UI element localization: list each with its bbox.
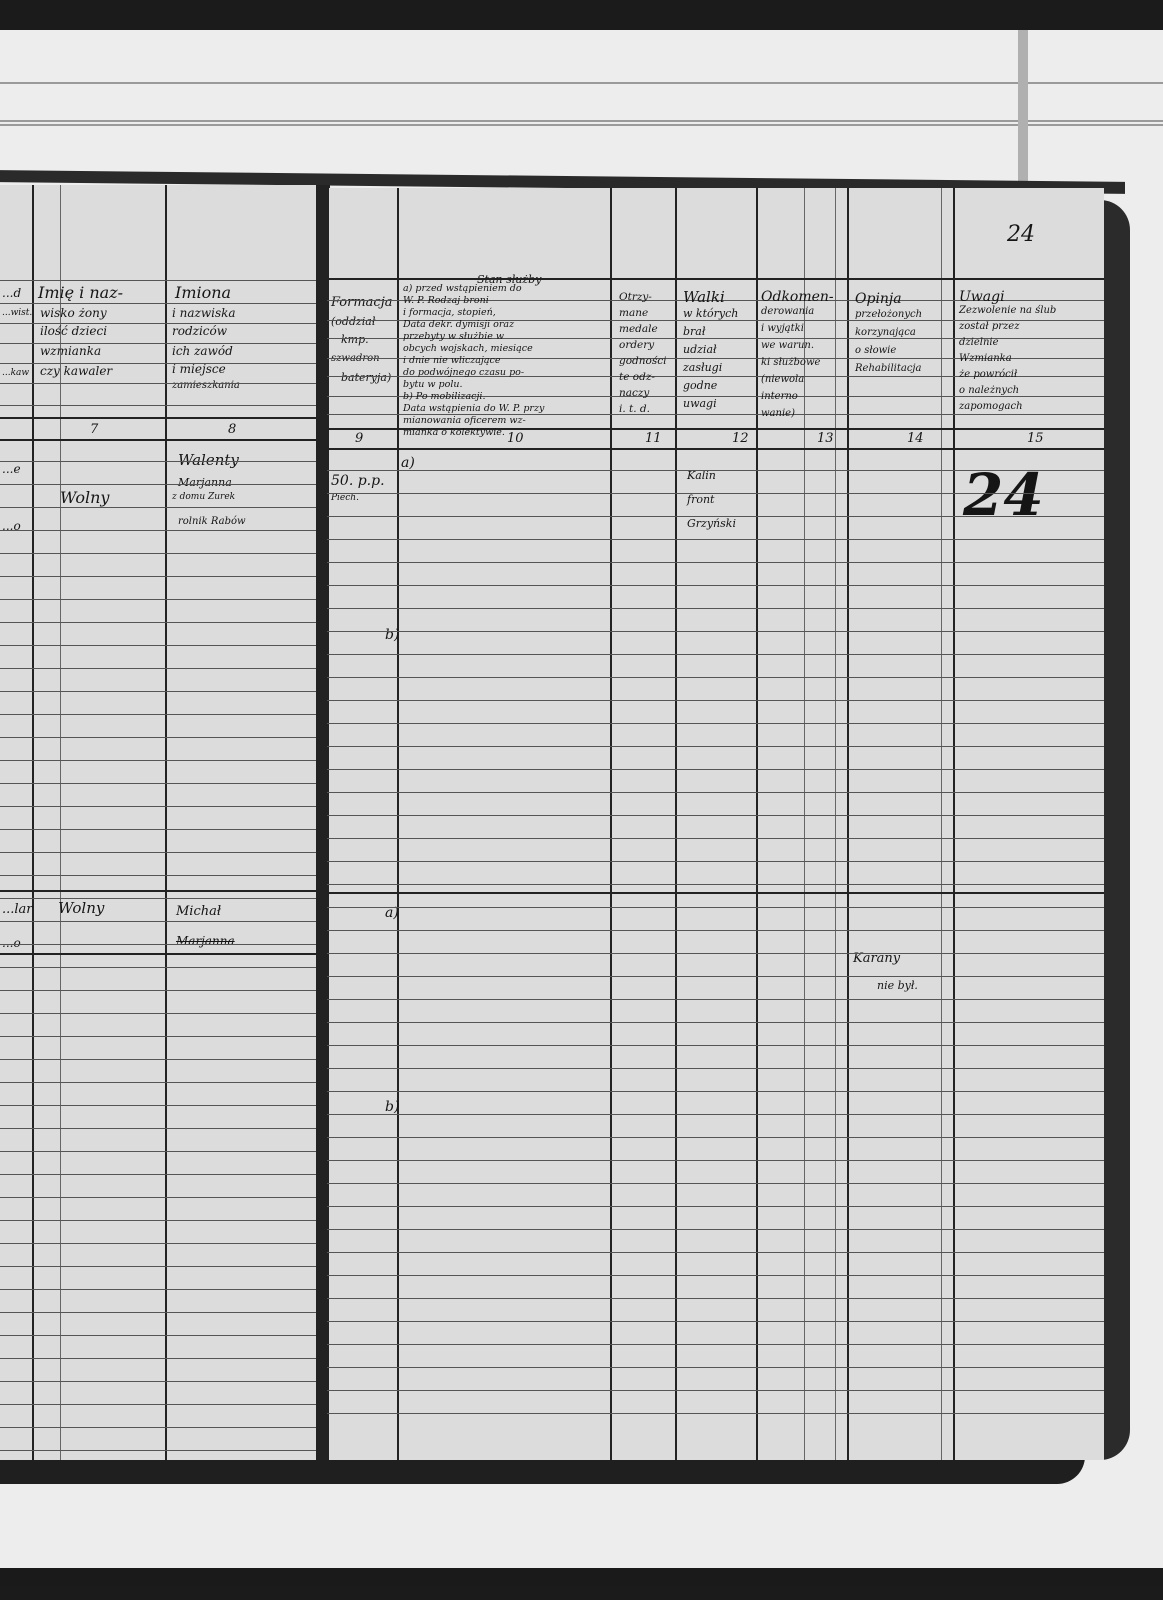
ruled-line — [0, 852, 318, 853]
ruled-line — [0, 383, 318, 384]
ruled-line — [327, 493, 1104, 494]
ruled-line — [0, 599, 318, 600]
ruled-line — [327, 953, 1104, 954]
ruled-line — [327, 1091, 1104, 1092]
col11-header-line: Otrzy- — [619, 292, 652, 303]
col11-header-line: godności — [619, 356, 666, 367]
ruled-line — [0, 576, 318, 577]
ruled-line — [0, 760, 318, 761]
ruled-line — [0, 1082, 318, 1083]
ruled-line — [0, 967, 318, 968]
ruled-line — [327, 1275, 1104, 1276]
column-number-14: 14 — [907, 432, 924, 445]
col15-header-line: Uwagi — [959, 290, 1005, 304]
ruled-line — [0, 898, 318, 899]
ruled-line — [327, 1206, 1104, 1207]
ruled-line — [0, 417, 318, 419]
ruled-line — [327, 677, 1104, 678]
column-divider — [953, 188, 955, 1460]
col11-header-line: te odz- — [619, 372, 655, 383]
col7-header-line: Imię i naz- — [38, 285, 123, 301]
column-number-9: 9 — [355, 432, 363, 445]
entry1-mother-name: Marjanna — [178, 477, 232, 488]
col12-header-line: brał — [683, 326, 705, 337]
column-divider — [32, 185, 34, 1460]
ruled-line — [327, 1252, 1104, 1253]
ruled-line — [0, 1105, 318, 1106]
ruled-line — [0, 953, 318, 955]
col10-header-line: b) Po mobilizacji. — [403, 392, 485, 402]
column-number-13: 13 — [817, 432, 834, 445]
ruled-line — [327, 608, 1104, 609]
ruled-line — [327, 654, 1104, 655]
col15-header-line: zapomogach — [959, 402, 1023, 412]
col12-header-line: Walki — [683, 290, 725, 305]
ruled-line — [0, 668, 318, 669]
col7-header-line: wzmianka — [40, 345, 101, 357]
entry1-battles-line: Grzyński — [687, 518, 736, 529]
ruled-line — [0, 1335, 318, 1336]
col6-partial-entry: ...lar — [2, 903, 33, 916]
col10-header-line: obcych wojskach, miesiące — [403, 344, 533, 354]
col6-partial-header: ...kaw — [2, 369, 29, 378]
column-number-10: 10 — [507, 432, 524, 445]
ruled-line — [327, 1045, 1104, 1046]
ruled-line — [0, 875, 318, 876]
column-divider — [847, 188, 849, 1460]
background-rule — [0, 120, 1163, 122]
col10-header-line: mianowania oficerem wz- — [403, 416, 526, 426]
column-number-12: 12 — [732, 432, 749, 445]
col8-header-line: i miejsce — [172, 363, 226, 375]
ruled-line — [0, 323, 318, 324]
ruled-line — [327, 1367, 1104, 1368]
ruled-line — [0, 944, 318, 945]
col15-header-line: został przez — [959, 322, 1019, 332]
col9-header-line: (oddział — [331, 316, 375, 327]
ruled-line — [0, 530, 318, 531]
col6-partial-header: ...d — [2, 287, 21, 299]
entry2-father-name: Michał — [176, 905, 221, 918]
ruled-line — [0, 691, 318, 692]
col8-header-line: rodziców — [172, 325, 227, 337]
ruled-line — [327, 1298, 1104, 1299]
ruled-line — [0, 1358, 318, 1359]
ruled-line — [0, 303, 318, 304]
col14-header-line: przełożonych — [855, 310, 922, 320]
ruled-line — [0, 1059, 318, 1060]
col13-header-line: wanie) — [761, 409, 795, 419]
col10-header-line: do podwójnego czasu po- — [403, 368, 524, 378]
ruled-line — [327, 815, 1104, 816]
col12-header-line: w których — [683, 308, 738, 319]
ruled-line — [327, 1022, 1104, 1023]
ruled-line — [0, 1128, 318, 1129]
col10-header-line: Data wstąpienia do W. P. przy — [403, 404, 544, 414]
col13-header-line: Odkomen- — [761, 290, 834, 304]
ruled-line — [0, 806, 318, 807]
ruled-line — [327, 1344, 1104, 1345]
ruled-line — [0, 1427, 318, 1428]
col13-header-line: (niewola — [761, 375, 804, 385]
column-divider — [397, 188, 399, 1460]
ruled-line — [327, 700, 1104, 701]
ruled-line — [0, 714, 318, 715]
ruled-line — [327, 516, 1104, 517]
col7-header-line: wisko żony — [40, 307, 107, 319]
col14-header-line: Rehabilitacja — [855, 364, 922, 374]
ruled-line — [327, 930, 1104, 931]
ruled-line — [327, 769, 1104, 770]
ruled-line — [0, 1036, 318, 1037]
ruled-line — [327, 1160, 1104, 1161]
col7-header-line: czy kawaler — [40, 365, 112, 377]
col7-header-line: ilość dzieci — [40, 325, 107, 337]
ruled-line — [0, 1220, 318, 1221]
column-number-15: 15 — [1027, 432, 1044, 445]
col9-header-line: kmp. — [341, 334, 369, 345]
ruled-line — [0, 1381, 318, 1382]
col12-header-line: uwagi — [683, 398, 717, 409]
column-number-11: 11 — [645, 432, 662, 445]
col9-header-line: bateryja) — [341, 372, 391, 383]
col8-header-line: Imiona — [175, 285, 231, 301]
ruled-line — [0, 737, 318, 738]
entry2-marital-status: Wolny — [58, 901, 104, 916]
ruled-line — [0, 439, 318, 441]
col13-header-line: derowania — [761, 307, 814, 317]
column-divider — [610, 188, 612, 1460]
column-divider — [675, 188, 677, 1460]
ruled-line — [0, 1013, 318, 1014]
ruled-line — [0, 343, 318, 344]
ruled-line — [0, 1404, 318, 1405]
page-number: 24 — [1007, 224, 1035, 246]
col15-header-line: że powrócił — [959, 370, 1017, 380]
ruled-line — [327, 861, 1104, 862]
col15-header-line: o należnych — [959, 386, 1019, 396]
col13-header-line: i wyjątki — [761, 324, 804, 334]
ruled-line — [0, 1174, 318, 1175]
ruled-line — [327, 1068, 1104, 1069]
ruled-line — [0, 890, 318, 892]
entry1-marital-status: Wolny — [60, 490, 109, 506]
ruled-line — [327, 1114, 1104, 1115]
ruled-line — [0, 921, 318, 922]
ruled-line — [327, 1137, 1104, 1138]
col15-header-line: dzielnie — [959, 338, 999, 348]
entry2-service-mark-a: a) — [385, 906, 399, 920]
col8-header-line: i nazwiska — [172, 307, 236, 319]
ruled-line — [327, 792, 1104, 793]
ruled-line — [327, 470, 1104, 471]
ruled-line — [327, 1183, 1104, 1184]
entry1-formation: 50. p.p. — [331, 474, 385, 488]
ruled-line — [0, 1197, 318, 1198]
right-page: 24 Formacja (oddział kmp. szwadron bater… — [327, 188, 1104, 1460]
col6-partial-header: ...wist. — [2, 309, 32, 318]
ruled-line — [327, 539, 1104, 540]
background-fold — [1018, 30, 1028, 195]
entry1-battles-line: Kalin — [687, 470, 716, 481]
col10-header-line: i dnie nie wliczające — [403, 356, 501, 366]
entry1-battles-line: front — [687, 494, 714, 505]
book-bottom-shadow — [0, 1456, 1085, 1484]
column-subdivider — [835, 188, 836, 1460]
col15-header-line: Wzmianka — [959, 354, 1012, 364]
entry2-mother-name: Marjanna — [176, 935, 235, 947]
ruled-line — [0, 484, 318, 485]
ruled-line — [327, 976, 1104, 977]
column-divider — [165, 185, 167, 1460]
ruled-line — [327, 838, 1104, 839]
col6-partial-entry: ...o — [2, 937, 21, 949]
col13-header-line: we warun. — [761, 341, 814, 351]
ruled-line — [0, 507, 318, 508]
ruled-line — [327, 562, 1104, 563]
background-rule — [0, 124, 1163, 126]
ruled-line — [327, 1390, 1104, 1391]
col10-header-line: bytu w polu. — [403, 380, 463, 390]
column-subdivider — [941, 188, 942, 1460]
entry1-formation-unit: Piech. — [331, 494, 359, 503]
ruled-line — [0, 622, 318, 623]
entry1-service-mark-a: a) — [401, 456, 415, 470]
col14-header-line: korzynająca — [855, 328, 916, 338]
ruled-line — [327, 631, 1104, 632]
col9-header-line: Formacja — [331, 296, 393, 309]
col12-header-line: zasługi — [683, 362, 722, 373]
col10-header-line: mianka o kolektywie. — [403, 428, 505, 438]
column-number-7: 7 — [90, 423, 98, 436]
ruled-line — [0, 280, 318, 281]
ruled-line — [0, 990, 318, 991]
ruled-line — [327, 448, 1104, 450]
ruled-line — [327, 278, 1104, 280]
ruled-line — [0, 553, 318, 554]
col10-header-line: przebyty w służbie w — [403, 332, 504, 342]
col14-header-line: Opinja — [855, 292, 902, 306]
ruled-line — [0, 363, 318, 364]
ruled-line — [0, 1312, 318, 1313]
ruled-line — [0, 461, 318, 462]
ruled-line — [0, 1289, 318, 1290]
col15-header-line: Zezwolenie na ślub — [959, 306, 1056, 316]
ruled-line — [0, 829, 318, 830]
ruled-line — [0, 405, 318, 406]
col10-header-line: W. P. Rodzaj broni — [403, 296, 489, 306]
col11-header-line: mane — [619, 308, 648, 319]
col12-header-line: udział — [683, 344, 717, 355]
entry2-opinion-line: nie był. — [877, 980, 918, 991]
col10-header-line: i formacja, stopień, — [403, 308, 496, 318]
ruled-line — [327, 907, 1104, 908]
col9-header-line: szwadron — [331, 354, 380, 364]
ruled-line — [0, 783, 318, 784]
col11-header-line: i. t. d. — [619, 404, 650, 415]
col13-header-line: ki służbowe — [761, 358, 820, 368]
col10-header-line: a) przed wstąpieniem do — [403, 284, 522, 294]
col6-partial-entry: ...e — [2, 463, 21, 475]
scan-top-border — [0, 0, 1163, 30]
ruled-line — [327, 1229, 1104, 1230]
col8-header-line: ich zawód — [172, 345, 233, 357]
col11-header-line: naczy — [619, 388, 649, 399]
ruled-line — [327, 999, 1104, 1000]
ruled-line — [327, 1413, 1104, 1414]
ruled-line — [327, 746, 1104, 747]
col13-header-line: interno — [761, 392, 798, 402]
ruled-line — [327, 1321, 1104, 1322]
background-rule — [0, 82, 1163, 84]
ruled-line — [0, 1450, 318, 1451]
column-divider — [756, 188, 758, 1460]
scan-bottom-border — [0, 1586, 1163, 1600]
col12-header-line: godne — [683, 380, 717, 391]
ruled-line — [0, 645, 318, 646]
ruled-line — [0, 1266, 318, 1267]
col11-header-line: medale — [619, 324, 658, 335]
entry1-parents-occupation: rolnik Rabów — [178, 517, 246, 527]
ruled-line — [327, 723, 1104, 724]
left-page: Imię i naz- wisko żony ilość dzieci wzmi… — [0, 185, 318, 1460]
col11-header-line: ordery — [619, 340, 654, 351]
ruled-line — [0, 1243, 318, 1244]
entry1-mother-maiden: z domu Zurek — [172, 493, 235, 502]
column-number-8: 8 — [228, 423, 236, 436]
ruled-line — [327, 884, 1104, 885]
col14-header-line: o słowie — [855, 346, 896, 356]
ruled-line — [0, 1151, 318, 1152]
ruled-line — [327, 585, 1104, 586]
entry2-service-mark-b: b) — [385, 1100, 399, 1114]
column-divider — [327, 188, 329, 1460]
col10-header-line: Data dekr. dymisji oraz — [403, 320, 514, 330]
ruled-line — [327, 892, 1104, 894]
